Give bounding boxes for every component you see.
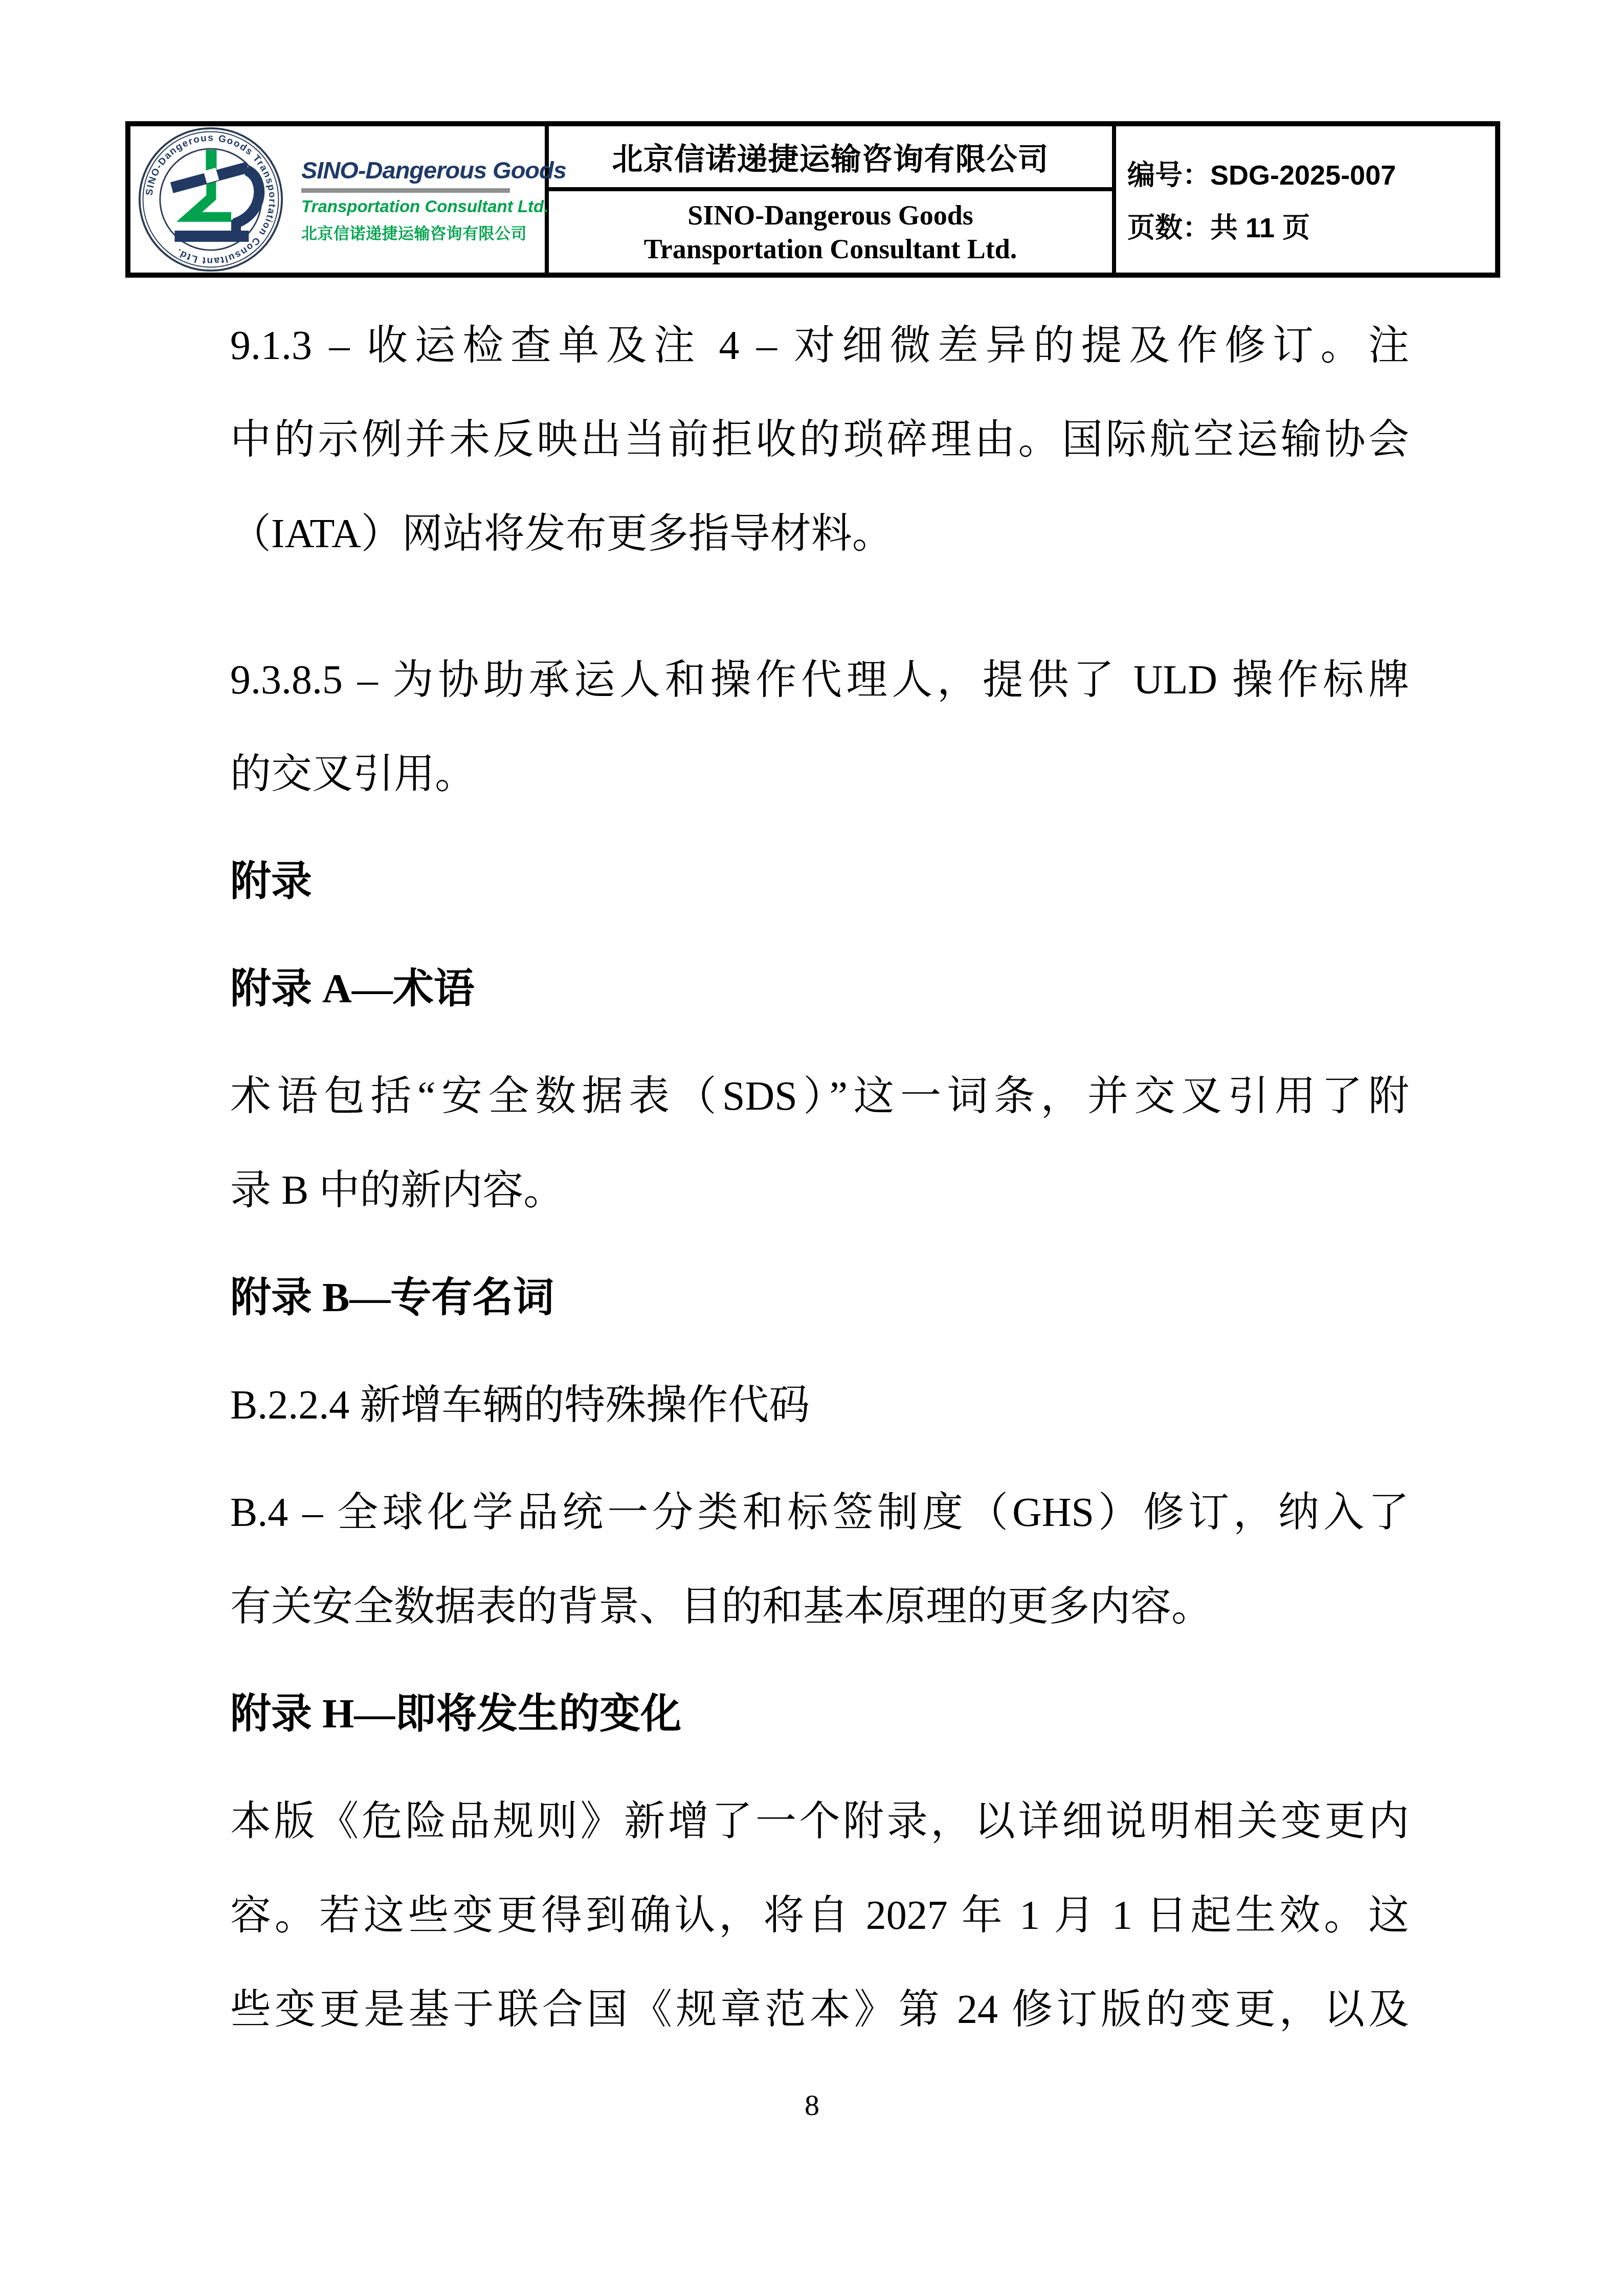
doc-meta-cell: 编号：SDG-2025-007 页数：共 11 页: [1116, 126, 1495, 273]
text-line: 容。若这些变更得到确认，将自 2027 年 1 月 1 日起生效。这: [230, 1869, 1409, 1963]
logo-subtitle-en: Transportation Consultant Ltd.: [301, 197, 510, 216]
doc-number-row: 编号：SDG-2025-007: [1127, 153, 1495, 193]
header-table: SINO-Dangerous Goods Transportation Cons…: [125, 121, 1500, 278]
page-number: 8: [0, 2082, 1624, 2128]
paragraph: B.4 – 全球化学品统一分类和标签制度（GHS）修订，纳入了 有关安全数据表的…: [230, 1466, 1409, 1654]
paragraph: 术语包括“安全数据表（SDS）”这一词条，并交叉引用了附 录 B 中的新内容。: [230, 1049, 1409, 1237]
section-heading: 附录 A—术语: [230, 942, 1409, 1036]
page-count-value: 共 11 页: [1210, 213, 1310, 243]
page-count-label: 页数：: [1127, 213, 1210, 243]
text-line: 些变更是基于联合国《规章范本》第 24 修订版的变更，以及: [230, 1963, 1409, 2057]
logo-cell: SINO-Dangerous Goods Transportation Cons…: [130, 126, 549, 273]
text-line: 本版《危险品规则》新增了一个附录，以详细说明相关变更内: [230, 1774, 1409, 1869]
section-heading: 附录 B—专有名词: [230, 1251, 1409, 1345]
heading-line: 附录 A—术语: [230, 942, 1409, 1036]
logo-name-en: SINO-Dangerous Goods: [301, 156, 510, 184]
heading-line: 附录: [230, 835, 1409, 929]
heading-line: 附录 H—即将发生的变化: [230, 1667, 1409, 1761]
text-line: 中的示例并未反映出当前拒收的琐碎理由。国际航空运输协会: [230, 393, 1409, 487]
paragraph: 9.3.8.5 – 为协助承运人和操作代理人，提供了 ULD 操作标牌 的交叉引…: [230, 633, 1409, 821]
text-line: B.2.2.4 新增车辆的特殊操作代码: [230, 1358, 1409, 1452]
text-line: 9.1.3 – 收运检查单及注 4 – 对细微差异的提及作修订。注: [230, 299, 1409, 393]
heading-line: 附录 B—专有名词: [230, 1251, 1409, 1345]
section-heading: 附录 H—即将发生的变化: [230, 1667, 1409, 1761]
company-name-cn: 北京信诺递捷运输咨询有限公司: [549, 126, 1112, 191]
text-line: 的交叉引用。: [230, 727, 1409, 821]
company-name-cell: 北京信诺递捷运输咨询有限公司 SINO-Dangerous Goods Tran…: [549, 126, 1116, 273]
doc-number-value: SDG-2025-007: [1210, 160, 1396, 191]
emblem-navy-base: [174, 231, 249, 242]
text-line: 录 B 中的新内容。: [230, 1143, 1409, 1237]
paragraph: 本版《危险品规则》新增了一个附录，以详细说明相关变更内 容。若这些变更得到确认，…: [230, 1774, 1409, 2057]
logo-name-cn: 北京信诺递捷运输咨询有限公司: [301, 220, 510, 243]
doc-number-label: 编号：: [1127, 160, 1210, 191]
text-line: B.4 – 全球化学品统一分类和标签制度（GHS）修订，纳入了: [230, 1466, 1409, 1560]
logo-divider-bar: [301, 188, 510, 193]
section-heading: 附录: [230, 835, 1409, 929]
logo-text-block: SINO-Dangerous Goods Transportation Cons…: [301, 156, 510, 243]
paragraph: 9.1.3 – 收运检查单及注 4 – 对细微差异的提及作修订。注 中的示例并未…: [230, 299, 1409, 581]
text-line: 9.3.8.5 – 为协助承运人和操作代理人，提供了 ULD 操作标牌: [230, 633, 1409, 727]
text-line: 有关安全数据表的背景、目的和基本原理的更多内容。: [230, 1560, 1409, 1654]
company-name-en-line2: Transportation Consultant Ltd.: [644, 232, 1017, 266]
company-seal-icon: SINO-Dangerous Goods Transportation Cons…: [138, 126, 284, 273]
company-name-en-line1: SINO-Dangerous Goods: [687, 198, 973, 232]
company-name-en: SINO-Dangerous Goods Transportation Cons…: [549, 191, 1112, 273]
page-count-row: 页数：共 11 页: [1127, 206, 1495, 245]
document-body: 9.1.3 – 收运检查单及注 4 – 对细微差异的提及作修订。注 中的示例并未…: [230, 299, 1409, 2070]
paragraph: B.2.2.4 新增车辆的特殊操作代码: [230, 1358, 1409, 1452]
text-line: （IATA）网站将发布更多指导材料。: [230, 487, 1409, 581]
emblem-navy-curve: [234, 170, 259, 224]
document-page: SINO-Dangerous Goods Transportation Cons…: [0, 0, 1624, 2296]
text-line: 术语包括“安全数据表（SDS）”这一词条，并交叉引用了附: [230, 1049, 1409, 1143]
